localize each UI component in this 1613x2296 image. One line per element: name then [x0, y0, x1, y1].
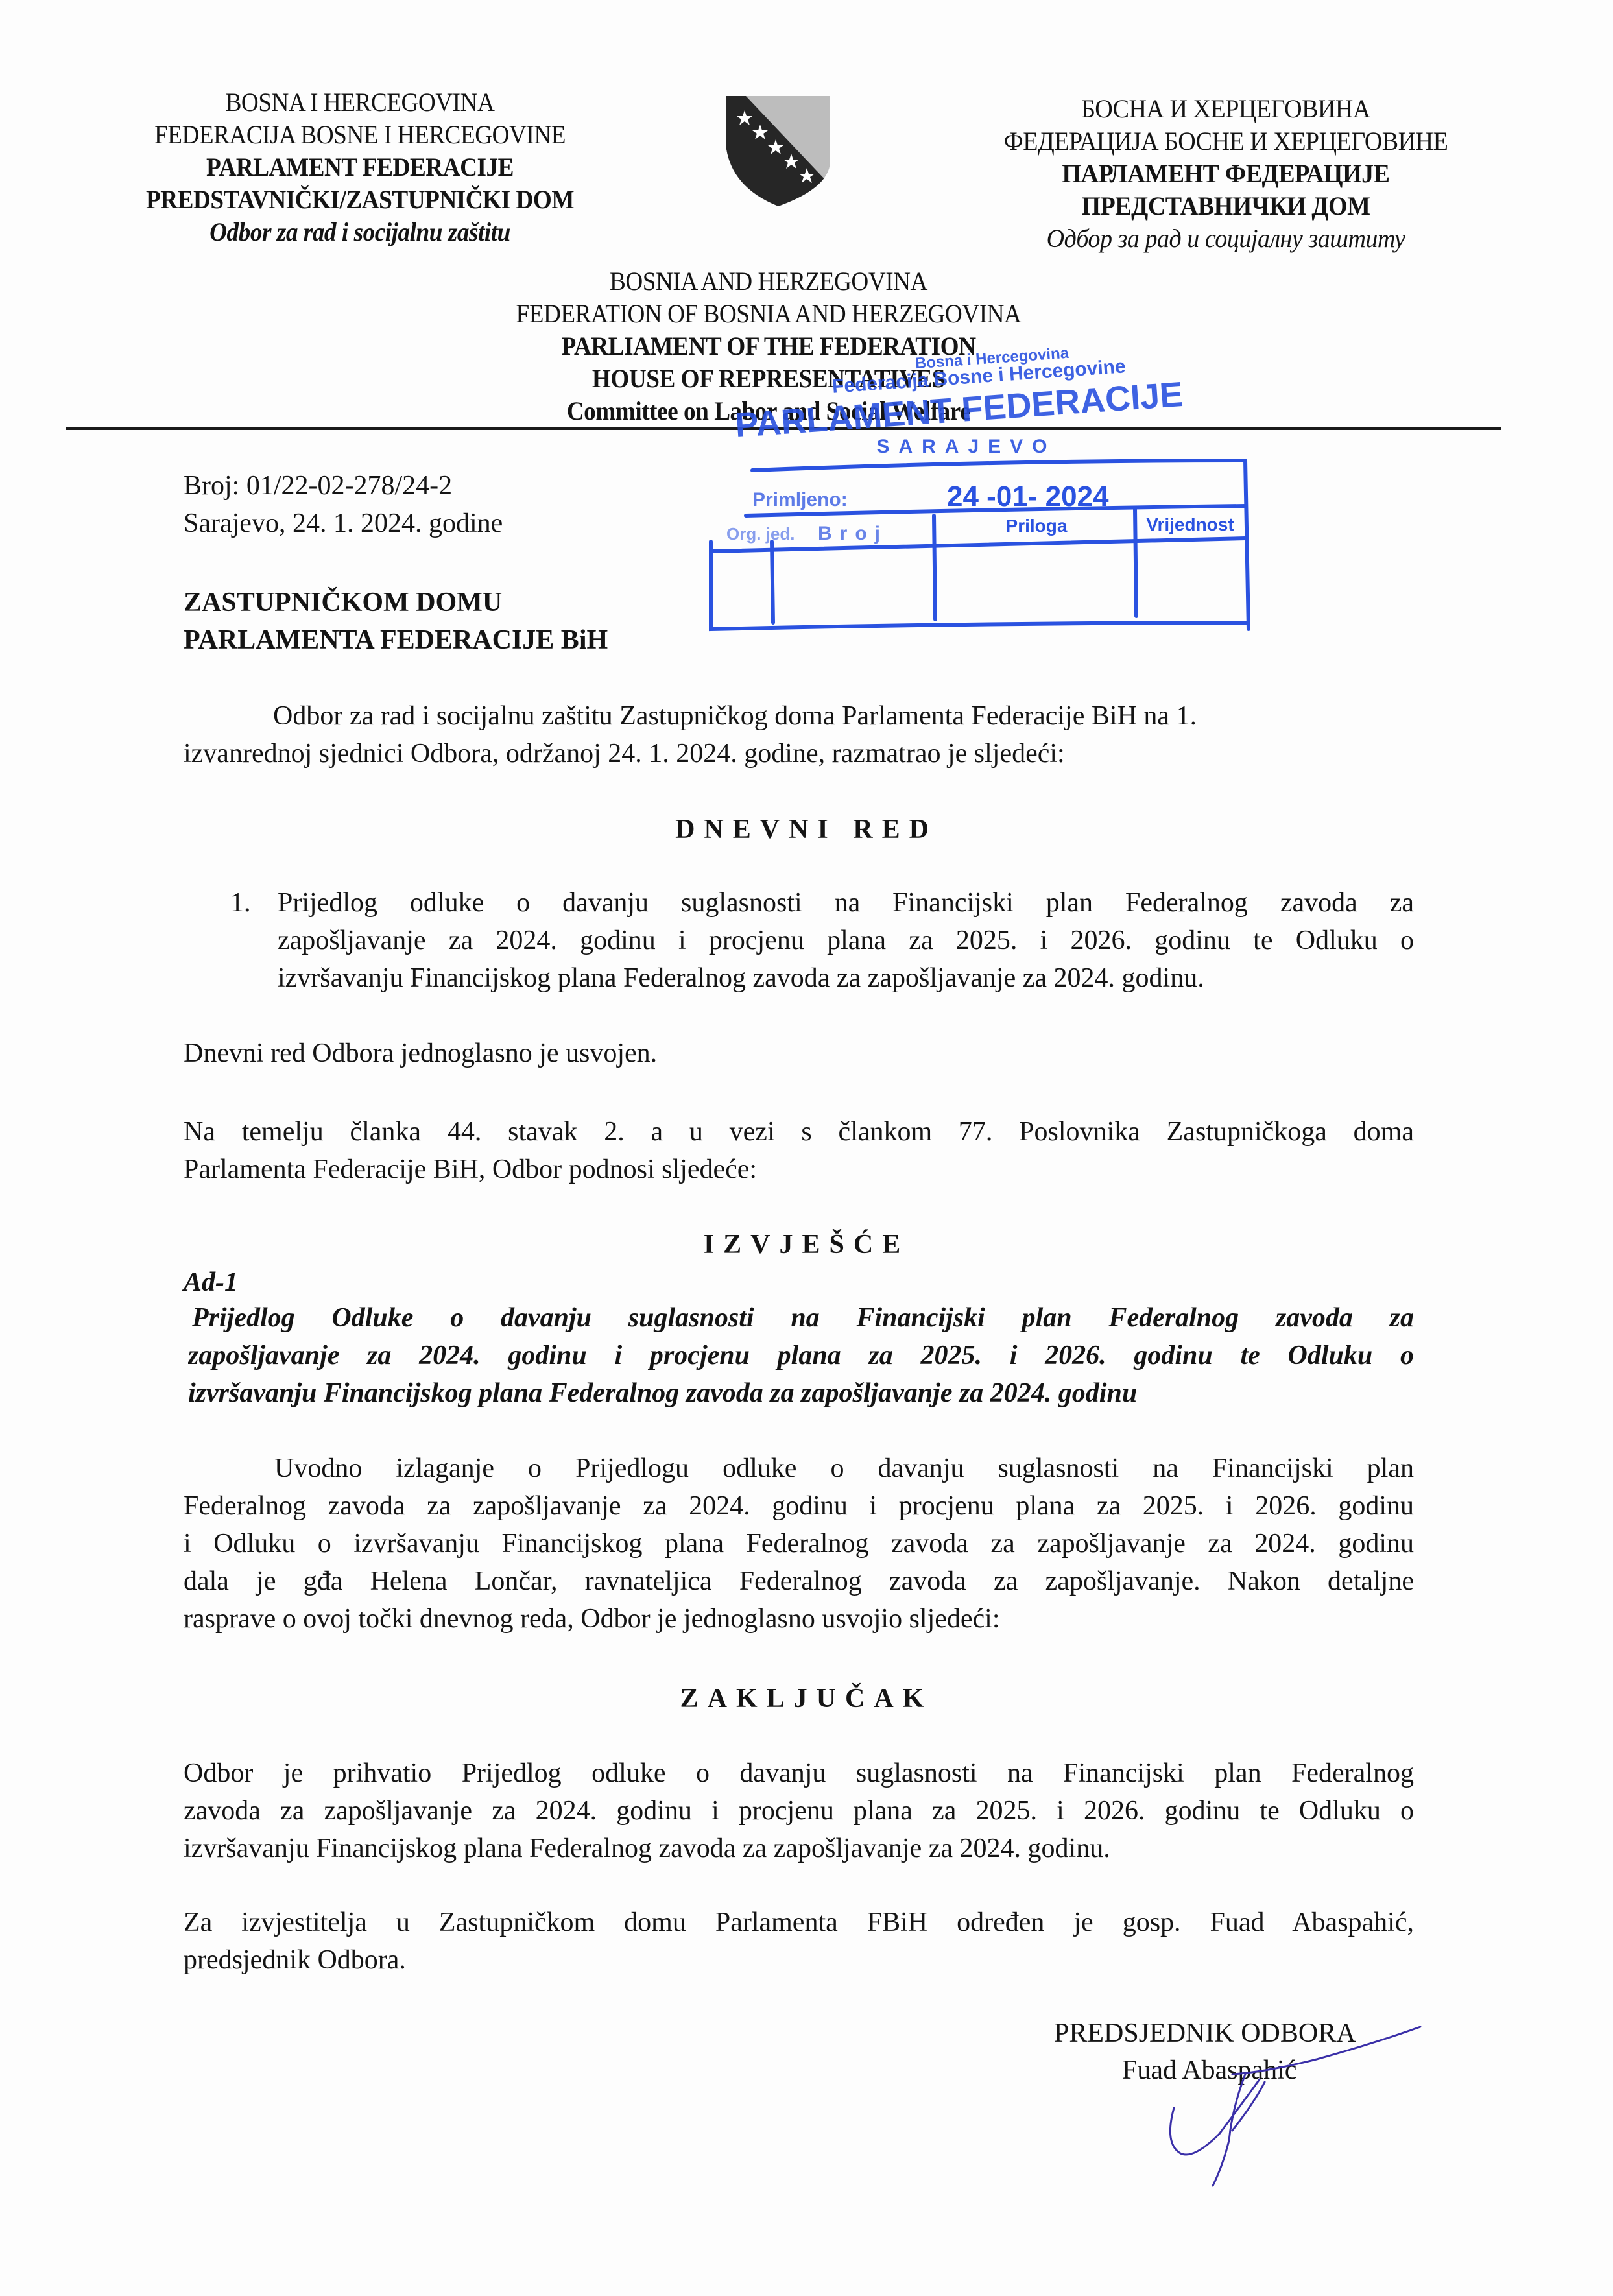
coat-of-arms-icon — [720, 91, 837, 208]
receipt-stamp: Bosna i Hercegovina Federacija Bosne i H… — [687, 285, 1271, 649]
report-subject: Prijedlog Odluke o davanju suglasnosti n… — [188, 1299, 1414, 1412]
stamp-col-org: Org. jed. — [726, 524, 795, 544]
agenda-item-1: Prijedlog odluke o davanju suglasnosti n… — [278, 884, 1414, 997]
rapporteur: Za izvjestitelja u Zastupničkom domu Par… — [184, 1904, 1414, 1979]
house-name: PREDSTAVNIČKI/ZASTUPNIČKI DOM — [104, 187, 617, 219]
committee-name: Odbor za rad i socijalnu zaštitu — [104, 219, 617, 252]
federation-name: FEDERACIJA BOSNE I HERCEGOVINE — [104, 122, 617, 154]
header-cyrillic: БОСНА И ХЕРЦЕГОВИНА ФЕДЕРАЦИЈА БОСНЕ И Х… — [934, 96, 1518, 258]
agenda-adopted: Dnevni red Odbora jednoglasno je usvojen… — [184, 1034, 657, 1072]
conclusion-body: Odbor je prihvatio Prijedlog odluke o da… — [184, 1754, 1414, 1867]
stamp-col-attachments: Priloga — [1006, 516, 1068, 536]
agenda-item-number: 1. — [230, 884, 251, 922]
stamp-city: SARAJEVO — [876, 436, 1056, 457]
place-date: Sarajevo, 24. 1. 2024. godine — [184, 505, 503, 542]
stamp-received-date: 24 -01- 2024 — [947, 481, 1109, 512]
agenda-title: DNEVNI RED — [0, 811, 1613, 848]
handwritten-signature — [1103, 1998, 1427, 2231]
parliament-name: PARLAMENT FEDERACIJE — [104, 154, 617, 187]
intro-paragraph: Odbor za rad i socijalnu zaštitu Zastupn… — [184, 697, 1414, 772]
stamp-received-label: Primljeno: — [752, 489, 848, 510]
country-name-cyrillic: БОСНА И ХЕРЦЕГОВИНА — [949, 96, 1503, 128]
intro-line-1: Odbor za rad i socijalnu zaštitu Zastupn… — [184, 697, 1414, 735]
house-name-cyrillic: ПРЕДСТАВНИЧКИ ДОМ — [949, 193, 1503, 226]
parliament-name-cyrillic: ПАРЛАМЕНТ ФЕДЕРАЦИЈЕ — [949, 161, 1503, 193]
legal-basis: Na temelju članka 44. stavak 2. a u vezi… — [184, 1113, 1414, 1188]
committee-name-cyrillic: Одбор за рад и социјалну заштиту — [949, 226, 1503, 258]
country-name: BOSNA I HERCEGOVINA — [104, 90, 617, 122]
addressee-line-1: ZASTUPNIČKOM DOMU — [184, 584, 502, 621]
header-latin: BOSNA I HERCEGOVINA FEDERACIJA BOSNE I H… — [84, 90, 636, 252]
report-title: IZVJEŠĆE — [0, 1226, 1613, 1263]
federation-name-cyrillic: ФЕДЕРАЦИЈА БОСНЕ И ХЕРЦЕГОВИНЕ — [949, 128, 1503, 161]
conclusion-title: ZAKLJUČAK — [0, 1680, 1613, 1717]
addressee-line-2: PARLAMENTA FEDERACIJE BiH — [184, 621, 608, 659]
intro-line-2: izvanrednoj sjednici Odbora, održanoj 24… — [184, 735, 1414, 772]
report-body: Uvodno izlaganje o Prijedlogu odluke o d… — [184, 1450, 1414, 1638]
stamp-col-number: Broj — [818, 523, 888, 544]
stamp-col-value: Vrijednost — [1146, 514, 1234, 534]
report-ad: Ad-1 — [184, 1263, 238, 1301]
document-number: Broj: 01/22-02-278/24-2 — [184, 467, 452, 505]
